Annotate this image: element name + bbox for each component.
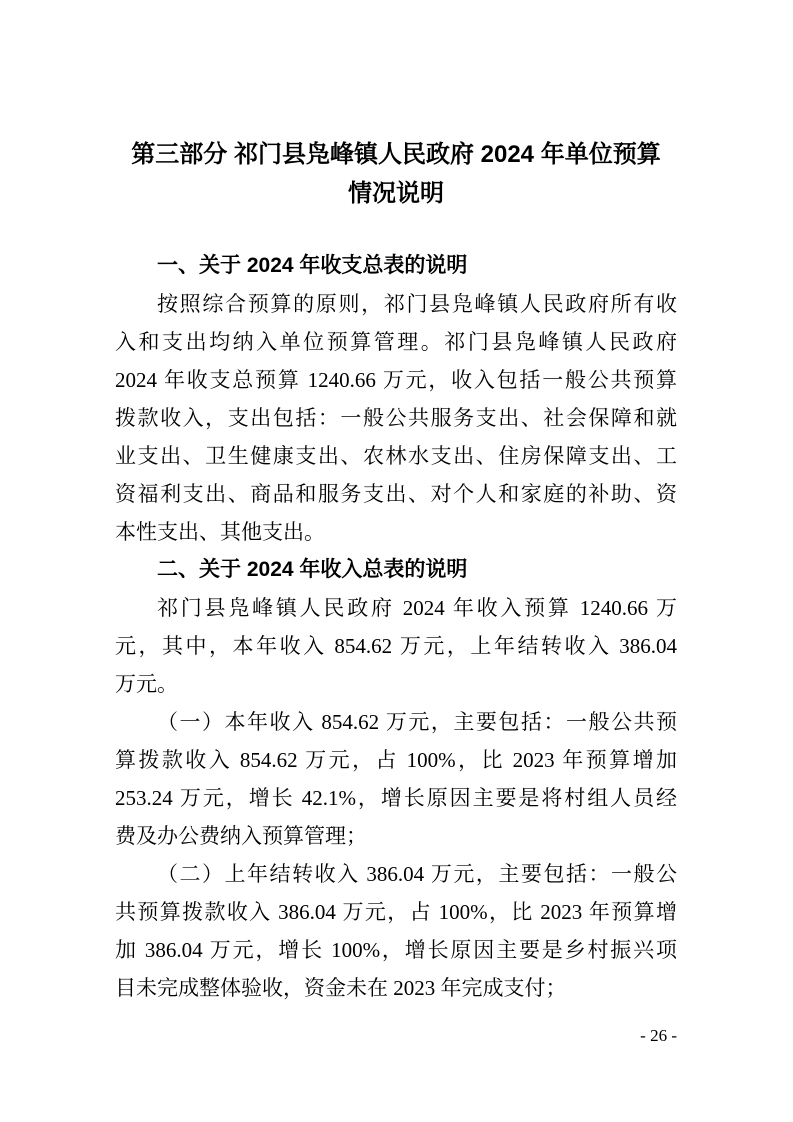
- body-line: 算拨款收入 854.62 万元，占 100%，比 2023 年预算增加: [115, 741, 677, 779]
- body-line: 入和支出均纳入单位预算管理。祁门县凫峰镇人民政府: [115, 323, 677, 361]
- document-title: 第三部分 祁门县凫峰镇人民政府 2024 年单位预算 情况说明: [115, 135, 677, 213]
- title-line-1: 第三部分 祁门县凫峰镇人民政府 2024 年单位预算: [115, 135, 677, 174]
- body-line: 祁门县凫峰镇人民政府 2024 年收入预算 1240.66 万: [115, 589, 677, 627]
- page-number: - 26 -: [115, 1026, 677, 1046]
- body-line: 费及办公费纳入预算管理；: [115, 817, 677, 855]
- body-line: 共预算拨款收入 386.04 万元，占 100%，比 2023 年预算增: [115, 893, 677, 931]
- document-body: 一、关于 2024 年收支总表的说明按照综合预算的原则，祁门县凫峰镇人民政府所有…: [115, 247, 677, 1007]
- body-line: 加 386.04 万元，增长 100%，增长原因主要是乡村振兴项: [115, 931, 677, 969]
- body-line: 拨款收入，支出包括：一般公共服务支出、社会保障和就: [115, 399, 677, 437]
- body-line: 元，其中，本年收入 854.62 万元，上年结转收入 386.04: [115, 627, 677, 665]
- body-line: 万元。: [115, 665, 677, 703]
- document-page: 第三部分 祁门县凫峰镇人民政府 2024 年单位预算 情况说明 一、关于 202…: [0, 0, 793, 1122]
- section-heading: 一、关于 2024 年收支总表的说明: [115, 247, 677, 285]
- body-line: 本性支出、其他支出。: [115, 513, 677, 551]
- body-line: 2024 年收支总预算 1240.66 万元，收入包括一般公共预算: [115, 361, 677, 399]
- body-line: 253.24 万元，增长 42.1%，增长原因主要是将村组人员经: [115, 779, 677, 817]
- body-line: 业支出、卫生健康支出、农林水支出、住房保障支出、工: [115, 437, 677, 475]
- title-line-2: 情况说明: [115, 174, 677, 213]
- body-line: 目未完成整体验收，资金未在 2023 年完成支付；: [115, 969, 677, 1007]
- body-line: 资福利支出、商品和服务支出、对个人和家庭的补助、资: [115, 475, 677, 513]
- section-heading: 二、关于 2024 年收入总表的说明: [115, 551, 677, 589]
- body-line: （二）上年结转收入 386.04 万元，主要包括：一般公: [115, 855, 677, 893]
- body-line: （一）本年收入 854.62 万元，主要包括：一般公共预: [115, 703, 677, 741]
- body-line: 按照综合预算的原则，祁门县凫峰镇人民政府所有收: [115, 285, 677, 323]
